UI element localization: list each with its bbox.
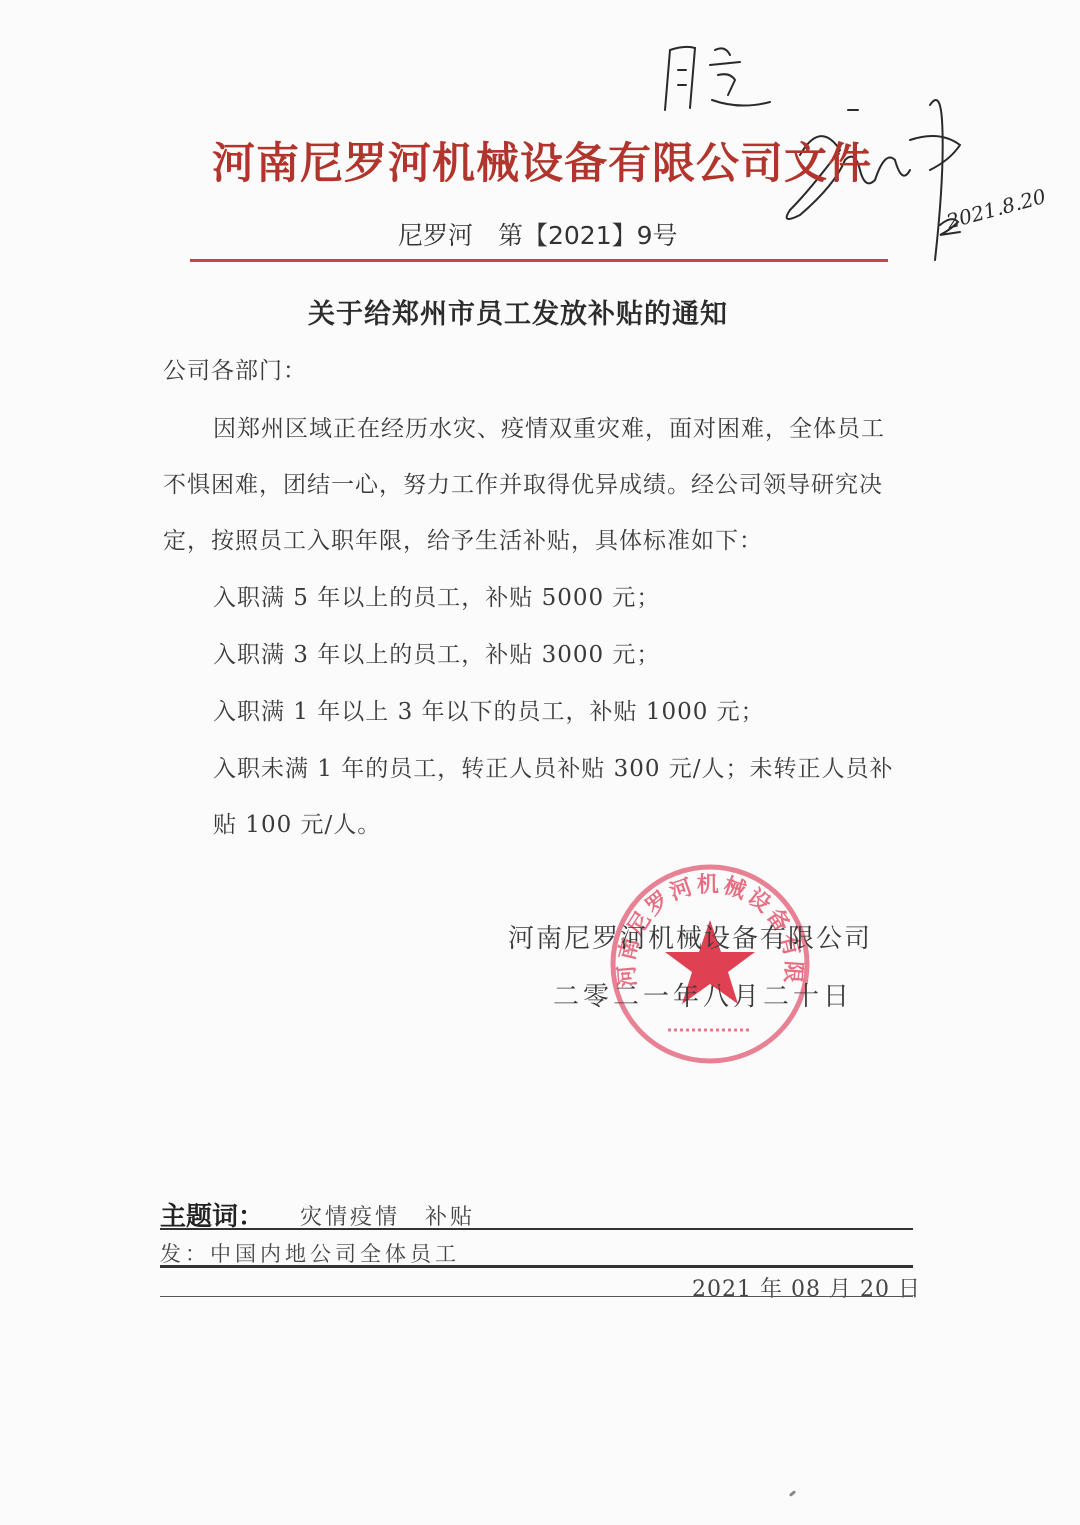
paragraph-line: 因郑州区域正在经历水灾、疫情双重灾难，面对困难，全体员工 (213, 410, 885, 443)
header-red-rule (190, 259, 888, 262)
notice-subject: 关于给郑州市员工发放补贴的通知 (308, 292, 728, 331)
svg-text:2021.8.20: 2021.8.20 (943, 184, 1049, 234)
subsidy-item: 入职满 5 年以上的员工，补贴 5000 元； (213, 579, 660, 612)
subsidy-item: 入职未满 1 年的员工，转正人员补贴 300 元/人；未转正人员补 (213, 750, 894, 783)
signature-date: 二零二一年八月二十日 (553, 976, 853, 1013)
company-seal-stamp: 河南尼罗河机械设备有限公司 (608, 862, 812, 1066)
issue-date: 2021 年 08 月 20 日 (692, 1272, 921, 1303)
salutation: 公司各部门： (163, 352, 307, 385)
subsidy-item: 入职满 3 年以上的员工，补贴 3000 元； (213, 636, 660, 669)
paper-speck (789, 1490, 796, 1497)
paragraph-line: 定，按照员工入职年限，给予生活补贴，具体标准如下： (163, 522, 763, 555)
document-header-title: 河南尼罗河机械设备有限公司文件 (212, 130, 872, 191)
document-number: 尼罗河 第【2021】9号 (398, 216, 678, 252)
paragraph-line: 不惧困难，团结一心，努力工作并取得优异成绩。经公司领导研究决 (163, 466, 883, 499)
subsidy-item: 贴 100 元/人。 (213, 806, 381, 839)
footer-rule (160, 1296, 913, 1297)
keywords-values: 灾情疫情 补贴 (300, 1200, 475, 1231)
distribution: 发：中国内地公司全体员工 (160, 1238, 460, 1268)
subsidy-item: 入职满 1 年以上 3 年以下的员工，补贴 1000 元； (213, 693, 765, 726)
footer-rule (160, 1265, 913, 1268)
footer-rule (160, 1228, 913, 1230)
signature-company: 河南尼罗河机械设备有限公司 (508, 918, 872, 955)
